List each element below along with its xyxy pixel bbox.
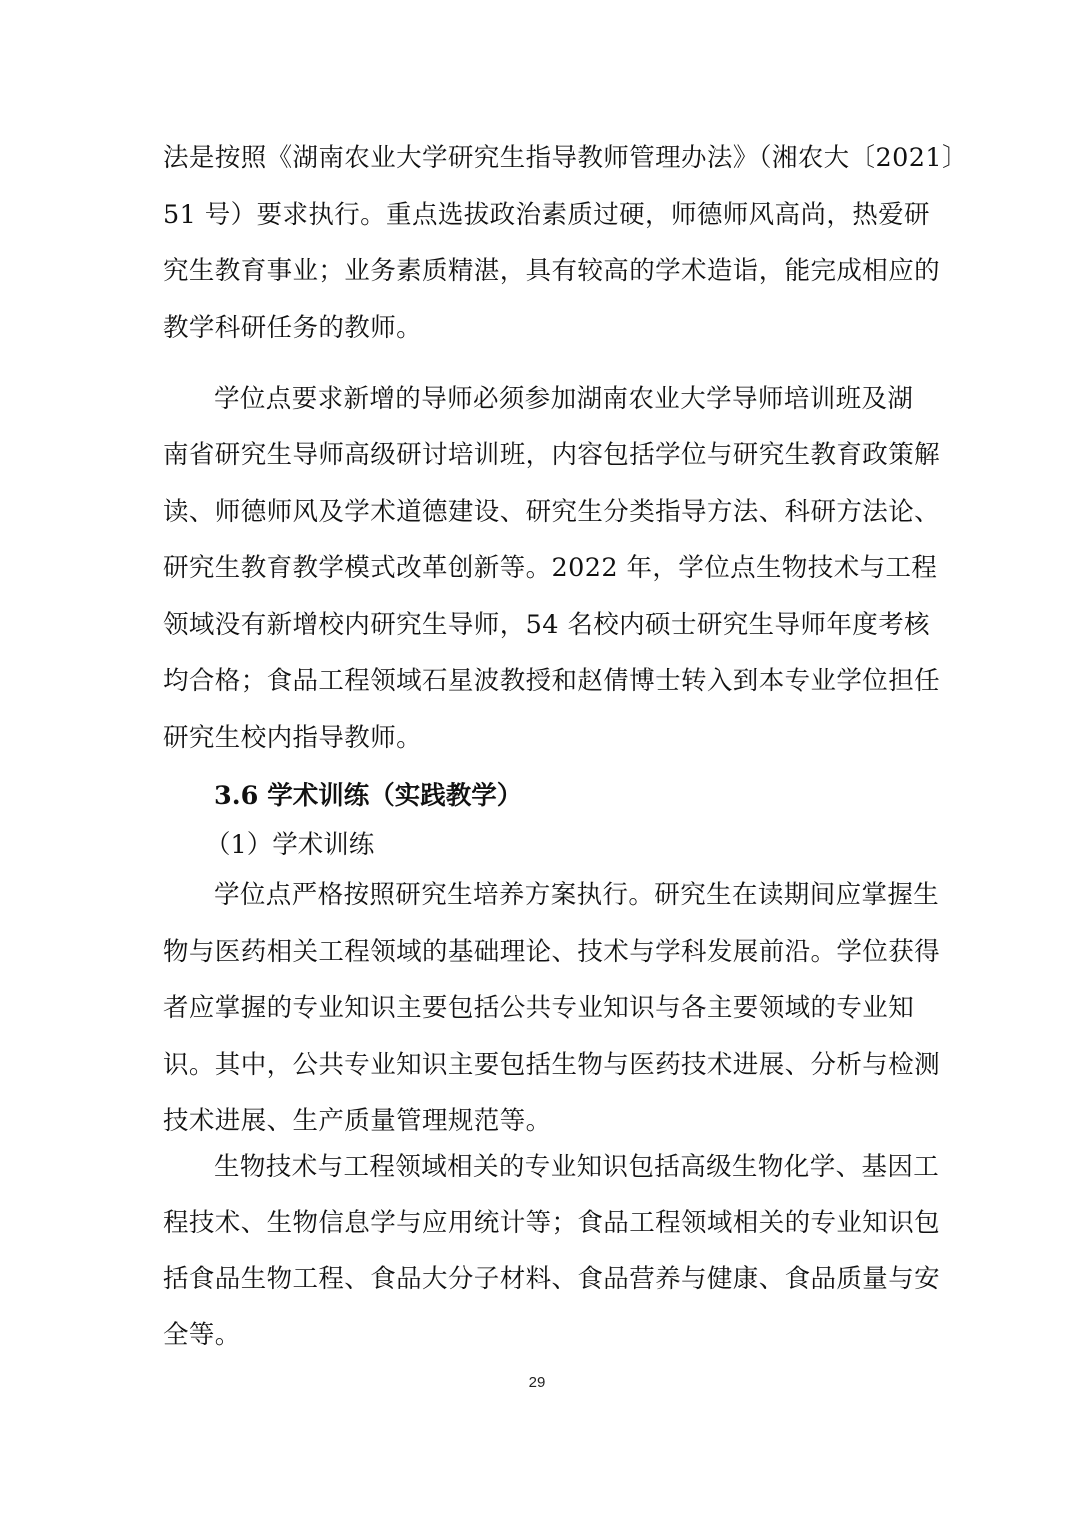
text-line: 生物技术与工程领域相关的专业知识包括高级生物化学、基因工 xyxy=(214,1152,913,1182)
text-line: 者应掌握的专业知识主要包括公共专业知识与各主要领域的专业知 xyxy=(163,993,913,1023)
text-line: 全等。 xyxy=(163,1320,913,1350)
text-line: 教学科研任务的教师。 xyxy=(163,313,913,343)
text-line: 研究生校内指导教师。 xyxy=(163,723,913,753)
text-line: 读、师德师风及学术道德建设、研究生分类指导方法、科研方法论、 xyxy=(163,497,913,527)
text-line: 均合格；食品工程领域石星波教授和赵倩博士转入到本专业学位担任 xyxy=(163,666,913,696)
page-number: 29 xyxy=(0,1374,1074,1391)
document-page: 法是按照《湖南农业大学研究生指导教师管理办法》（湘农大〔2021〕 51 号）要… xyxy=(0,0,1074,1520)
text-line: 程技术、生物信息学与应用统计等；食品工程领域相关的专业知识包 xyxy=(163,1208,913,1238)
text-line: 学位点要求新增的导师必须参加湖南农业大学导师培训班及湖 xyxy=(214,384,913,414)
text-line: 括食品生物工程、食品大分子材料、食品营养与健康、食品质量与安 xyxy=(163,1264,913,1294)
text-line: 究生教育事业；业务素质精湛，具有较高的学术造诣，能完成相应的 xyxy=(163,256,913,286)
text-line: 技术进展、生产质量管理规范等。 xyxy=(163,1106,913,1136)
text-line: 研究生教育教学模式改革创新等。2022 年，学位点生物技术与工程 xyxy=(163,553,913,583)
text-line: 识。其中，公共专业知识主要包括生物与医药技术进展、分析与检测 xyxy=(163,1050,913,1080)
section-heading: 3.6 学术训练（实践教学） xyxy=(214,781,522,811)
text-line: 南省研究生导师高级研讨培训班，内容包括学位与研究生教育政策解 xyxy=(163,440,913,470)
subsection-heading: （1）学术训练 xyxy=(205,830,374,860)
text-line: 学位点严格按照研究生培养方案执行。研究生在读期间应掌握生 xyxy=(214,880,913,910)
text-line: 法是按照《湖南农业大学研究生指导教师管理办法》（湘农大〔2021〕 xyxy=(163,143,913,173)
text-line: 51 号）要求执行。重点选拔政治素质过硬，师德师风高尚，热爱研 xyxy=(163,200,913,230)
text-line: 领域没有新增校内研究生导师，54 名校内硕士研究生导师年度考核 xyxy=(163,610,913,640)
text-line: 物与医药相关工程领域的基础理论、技术与学科发展前沿。学位获得 xyxy=(163,937,913,967)
